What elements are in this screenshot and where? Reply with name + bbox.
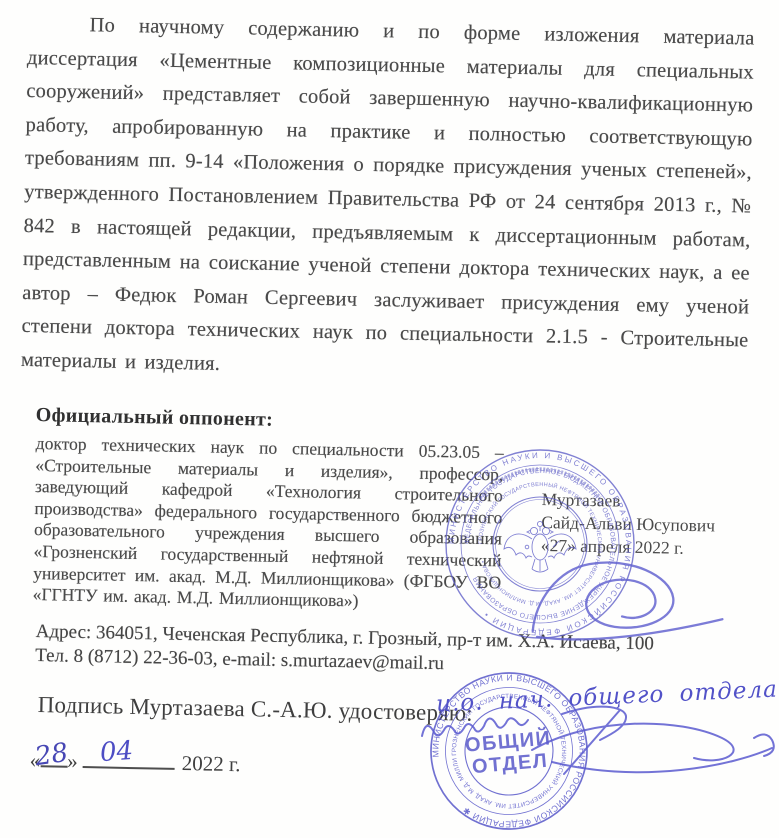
handwritten-month: 04 xyxy=(99,736,134,768)
certification-statement: Подпись Муртазаева С.-А.Ю. удостоверяю: xyxy=(37,692,473,727)
certifier-signature xyxy=(412,700,779,790)
handwritten-day: 28 xyxy=(33,738,70,772)
year-label: 2022 г. xyxy=(181,751,240,776)
opponent-signature xyxy=(523,543,738,649)
conclusion-paragraph: По научному содержанию и по форме изложе… xyxy=(21,8,755,392)
scanned-document-page: По научному содержанию и по форме изложе… xyxy=(0,0,779,838)
opponent-heading: Официальный оппонент: xyxy=(36,404,274,432)
month-blank-underline xyxy=(83,766,175,770)
opponent-description: доктор технических наук по специальности… xyxy=(33,433,504,615)
